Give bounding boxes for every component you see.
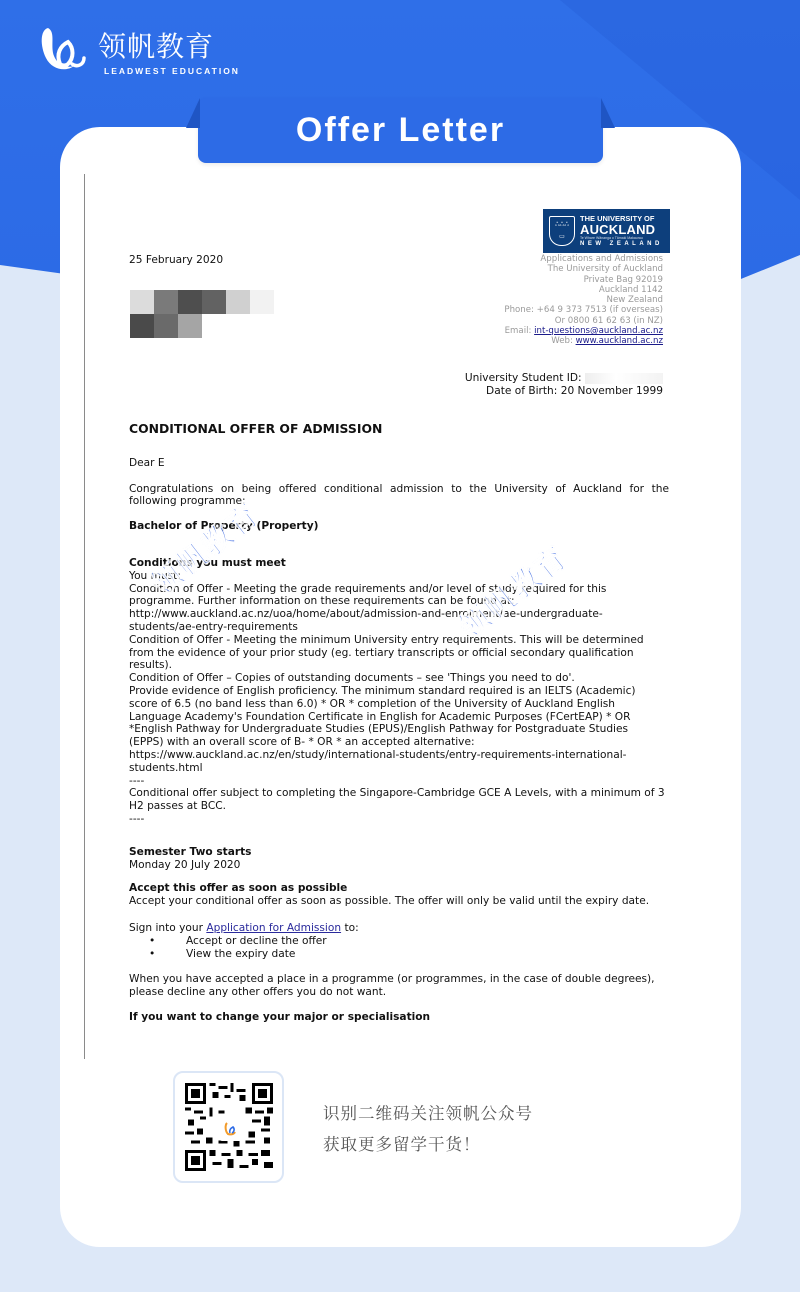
email-label: Email: [505,326,532,336]
accepted-paragraph: When you have accepted a place in a prog… [129,973,669,999]
conditions-line: Provide evidence of English proficiency.… [129,685,649,749]
bullet-icon: • [129,948,186,961]
university-crest-icon: ஃஃஃ▭ [549,216,575,246]
web-link[interactable]: www.auckland.ac.nz [576,336,663,346]
signin-suffix: to: [344,922,358,934]
address-line: Private Bag 92019 [504,275,663,285]
list-item-text: Accept or decline the offer [186,935,327,948]
salutation: Dear E [129,457,669,470]
signin-prefix: Sign into your [129,922,203,934]
address-line: Or 0800 61 62 63 (in NZ) [504,316,663,326]
qr-caption-line1: 识别二维码关注领帆公众号 [323,1098,533,1129]
conditions-line: Condition of Offer - Meeting the minimum… [129,634,649,672]
list-item: •View the expiry date [129,948,669,961]
conditions-line: http://www.auckland.ac.nz/uoa/home/about… [129,608,629,634]
qr-caption-line2: 获取更多留学干货！ [323,1129,533,1160]
letter-heading: CONDITIONAL OFFER OF ADMISSION [129,423,669,436]
university-logo-line2: AUCKLAND [580,223,663,236]
separator: ---- [129,775,669,788]
address-line: Auckland 1142 [504,285,663,295]
dob-value: 20 November 1999 [561,385,663,397]
qr-caption: 识别二维码关注领帆公众号 获取更多留学干货！ [323,1098,533,1160]
qr-center-logo-icon [219,1117,243,1141]
document-edge-line [84,174,85,1059]
leadwest-logo-icon [38,24,90,74]
redacted-student-id [585,373,663,384]
student-identifiers: University Student ID: Date of Birth: 20… [465,372,663,398]
signin-line: Sign into your Application for Admission… [129,922,669,935]
qr-code-box [173,1071,284,1183]
address-line: Applications and Admissions [504,254,663,264]
brand-logo: 领帆教育 LEADWEST EDUCATION [38,24,240,76]
redacted-recipient-address [130,286,290,338]
list-item-text: View the expiry date [186,948,295,961]
intro-paragraph: Congratulations on being offered conditi… [129,483,669,509]
conditions-line: Condition of Offer - Meeting the grade r… [129,583,619,609]
title-banner: Offer Letter [198,98,603,163]
brand-name-en: LEADWEST EDUCATION [104,66,240,76]
university-logo-line3: NEW ZEALAND [580,241,663,248]
bullet-icon: • [129,935,186,948]
email-link[interactable]: int-questions@auckland.ac.nz [534,326,663,336]
list-item: •Accept or decline the offer [129,935,669,948]
university-logo: ஃஃஃ▭ THE UNIVERSITY OF AUCKLAND Te Whare… [543,209,670,253]
letter-date: 25 February 2020 [129,254,223,266]
conditions-line: https://www.auckland.ac.nz/en/study/inte… [129,749,644,775]
page-title: Offer Letter [296,111,505,150]
conditions-line: Condition of Offer – Copies of outstandi… [129,672,669,685]
separator: ---- [129,813,669,826]
semester-date: Monday 20 July 2020 [129,859,669,872]
student-id-label: University Student ID: [465,372,582,384]
letter-body: CONDITIONAL OFFER OF ADMISSION Dear E Co… [129,423,669,1024]
accept-heading: Accept this offer as soon as possible [129,882,669,895]
university-logo-motto: Te Whare Wānanga o Tāmaki Makaurau [580,236,663,241]
change-heading: If you want to change your major or spec… [129,1011,669,1024]
programme-name: Bachelor of Property (Property) [129,520,669,533]
semester-heading: Semester Two starts [129,846,669,859]
application-for-admission-link[interactable]: Application for Admission [206,922,341,934]
conditions-heading: Conditions you must meet [129,557,669,570]
address-line: The University of Auckland [504,264,663,274]
accept-text: Accept your conditional offer as soon as… [129,895,669,908]
address-line: Phone: +64 9 373 7513 (if overseas) [504,305,663,315]
conditions-line: You must: [129,570,669,583]
web-label: Web: [551,336,573,346]
university-address: Applications and Admissions The Universi… [504,254,663,347]
conditions-line: Conditional offer subject to completing … [129,787,669,813]
address-line: New Zealand [504,295,663,305]
dob-label: Date of Birth: [486,385,557,397]
brand-name-cn: 领帆教育 [98,32,240,62]
